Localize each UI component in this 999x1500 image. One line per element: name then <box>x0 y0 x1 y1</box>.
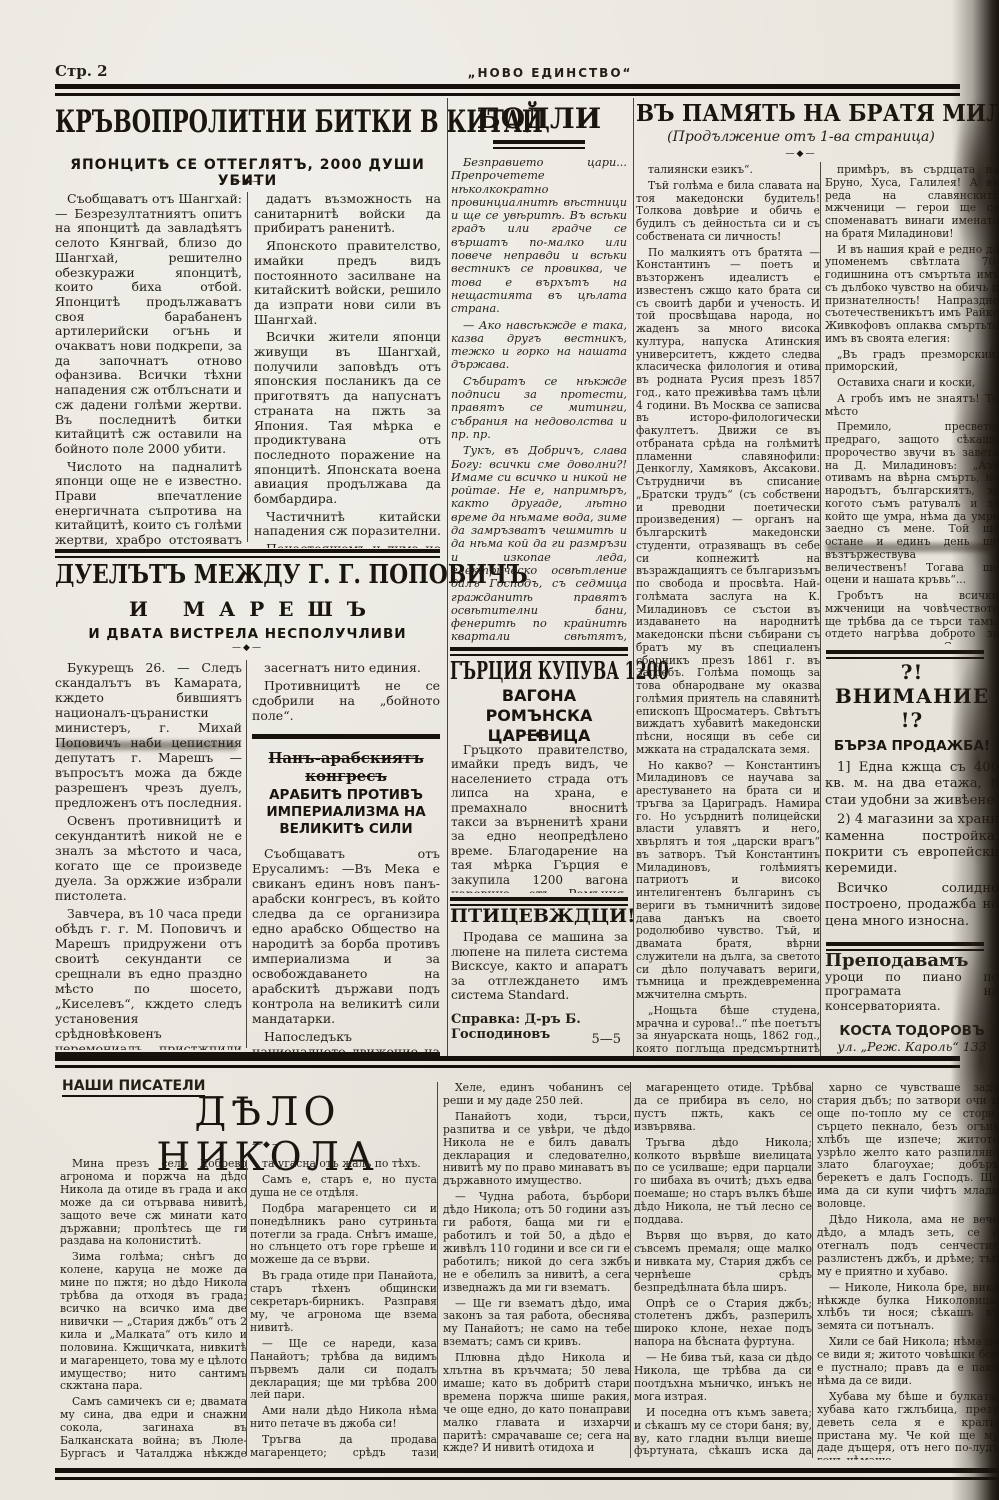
paragraph: Числото на падналитѣ японци още не е изв… <box>55 460 242 548</box>
paragraph: И поседна отъ къмъ завета; и сѣкашъ му с… <box>634 1407 812 1460</box>
paragraph: Тукъ, въ Добричъ, слава Богу: всички сме… <box>451 444 627 644</box>
paragraph: Въ града отиде при Панайота, старъ тѣхен… <box>250 1270 437 1335</box>
paragraph: засегнатъ нито единия. <box>252 660 440 675</box>
poultry-ad-body: Продава се машина за люпене на пилета си… <box>451 930 628 1008</box>
dedo-column-2: та угасна отъ жаль по тѣхъ.Самъ е, старъ… <box>250 1158 437 1460</box>
paragraph: Безправието цари... Препрочетете нѣколко… <box>451 156 627 316</box>
paragraph: „Нощьта бѣше студена, мрачна и сурова!..… <box>636 1005 820 1058</box>
section-rule <box>450 647 628 656</box>
paragraph: Тръгва да продава магаренцето; срѣдъ таз… <box>250 1434 437 1460</box>
poultry-ad-title: ПТИЦЕВЖДЦИ! <box>450 905 628 927</box>
paragraph: Опрѣ се о Стария джбъ; столетенъ джбъ, р… <box>634 1298 812 1350</box>
divider-ornament <box>55 178 440 187</box>
scan-edge-shadow <box>951 0 999 1500</box>
paragraph: — Не бива тъй, каза си дѣдо Никола, ще т… <box>634 1352 812 1404</box>
paragraph: По малкиятъ отъ братята — Константинъ — … <box>636 247 820 757</box>
duel-article-subtitle: И ДВАТА ВИСТРЕЛА НЕСПОЛУЧЛИВИ <box>55 626 440 642</box>
section-rule <box>252 734 440 739</box>
paragraph: дадатъ възможность на санитарнитѣ войски… <box>254 192 441 236</box>
paragraph: магаренцето отиде. Трѣбва да се прибира … <box>634 1082 812 1134</box>
panarab-subtitle: АРАБИТѢ ПРОТИВЪ ИМПЕРИАЛИЗМА НА ВЕЛИКИТѢ… <box>252 787 440 838</box>
paragraph: Освенъ противницитѣ и секундантитѣ никой… <box>55 813 242 903</box>
bodli-title: БОДЛИ <box>450 102 628 135</box>
column-rule <box>447 98 448 1058</box>
miladinovi-column-1: талиянски езикъ“.Тъй голѣма е била слава… <box>636 164 820 1058</box>
paragraph: Плювна дѣдо Никола и хлътна въ кръчмата;… <box>443 1352 630 1455</box>
column-rule <box>437 1082 438 1458</box>
paragraph: Понастоящемъ и дума не става за едно при… <box>254 542 441 548</box>
dedo-column-4: магаренцето отиде. Трѣбва да се прибира … <box>634 1082 812 1460</box>
paragraph: Панайотъ ходи, търси, разпитва и се увѣр… <box>443 1111 630 1188</box>
column-rule <box>820 162 821 1058</box>
paragraph: Зима голѣма; снѣгъ до колене, каруца не … <box>60 1251 247 1393</box>
paragraph: Тръгва дѣдо Никола; колкото вървѣше виел… <box>634 1137 812 1227</box>
greece-article-title: ГЪРЦИЯ КУПУВА 1200 <box>450 656 628 685</box>
paragraph: Завчера, въ 10 часа преди обѣдъ г. г. М.… <box>55 906 242 1050</box>
paragraph: — Ако навсѣкжде е така, казва другъ вест… <box>451 319 627 372</box>
war-article-column-2: дадатъ възможность на санитарнитѣ войски… <box>254 192 441 548</box>
paragraph: — Ще се нареди, каза Панайотъ; трѣбва да… <box>250 1338 437 1403</box>
page-number-label: Стр. 2 <box>55 62 108 80</box>
paragraph: Самъ самичекъ си е; двамата му сина, два… <box>60 1396 247 1460</box>
dedo-column-1: Мина презъ село Добрево агронома и поржч… <box>60 1158 247 1460</box>
newspaper-page: Стр. 2 „НОВО ЕДИНСТВО“ КРЪВОПРОЛИТНИ БИТ… <box>0 0 999 1500</box>
paragraph: Съобщаватъ отъ Шангхай:— Безрезултатният… <box>55 192 242 457</box>
duel-article-title-line2: И МАРЕШЪ <box>55 597 440 621</box>
section-rule <box>55 549 440 558</box>
masthead: „НОВО ЕДИНСТВО“ <box>430 66 670 80</box>
war-article-title: КРЪВОПРОЛИТНИ БИТКИ В КИТАЙ <box>55 104 441 140</box>
title-underline <box>493 140 585 149</box>
divider-ornament <box>450 731 628 740</box>
paragraph: Подбра магаренцето си и понедѣлникъ рано… <box>250 1203 437 1268</box>
bodli-body: Безправието цари... Препрочетете нѣколко… <box>451 156 627 644</box>
paragraph: — Ще ги взематъ дѣдо, има законъ за тая … <box>443 1298 630 1350</box>
divider-ornament <box>55 644 440 653</box>
duel-article-column-1: Букурещъ 26. — Следъ скандалътъ въ Камар… <box>55 660 242 1050</box>
dedo-column-3: Хеле, единъ чобанинъ се реши и му даде 2… <box>443 1082 630 1460</box>
paragraph: Мина презъ село Добрево агронома и поржч… <box>60 1158 247 1248</box>
divider-ornament <box>95 1141 440 1150</box>
paragraph: Букурещъ 26. — Следъ скандалътъ въ Камар… <box>55 660 242 810</box>
greece-article-body: Гръцкото правителство, имайки предъ видъ… <box>451 743 628 893</box>
paragraph: Гръцкото правителство, имайки предъ видъ… <box>451 743 628 893</box>
paragraph: Съобщаватъ отъ Ерусалимъ: —Въ Мека е сви… <box>252 846 440 1026</box>
paragraph: Хеле, единъ чобанинъ се реши и му даде 2… <box>443 1082 630 1108</box>
duel-article-title: ДУЕЛЪТЪ МЕЖДУ Г. Г. ПОПОВИЧЪ <box>55 560 440 590</box>
page-bottom-rule <box>55 1468 999 1480</box>
paragraph: Събиратъ се нѣкжде подписи за протести, … <box>451 375 627 441</box>
paragraph: Самъ е, старъ е, но пуста душа не се отд… <box>250 1174 437 1200</box>
panarab-body: Съобщаватъ отъ Ерусалимъ: —Въ Мека е сви… <box>252 846 440 1052</box>
duel-article-column-2: засегнатъ нито единия.Противницитѣ не се… <box>252 660 440 1052</box>
column-rule <box>247 192 248 542</box>
paragraph: талиянски езикъ“. <box>636 164 820 177</box>
war-article-column-1: Съобщаватъ отъ Шангхай:— Безрезултатният… <box>55 192 242 548</box>
column-rule <box>812 1082 813 1458</box>
paragraph: Всички жители японци живущи въ Шангхай, … <box>254 330 441 506</box>
paragraph: — Чудна работа, бърбори дѣдо Никола; отъ… <box>443 1191 630 1294</box>
ink-smudge <box>58 741 238 750</box>
duel-column-2-text: засегнатъ нито единия.Противницитѣ не се… <box>252 660 440 726</box>
column-rule <box>246 660 247 1048</box>
paragraph: Тъй голѣма е била славата на тоя македон… <box>636 180 820 244</box>
paragraph: та угасна отъ жаль по тѣхъ. <box>250 1158 437 1171</box>
paragraph: Вървя що вървя, до като съвсемъ премаля;… <box>634 1230 812 1295</box>
column-rule <box>630 1082 631 1458</box>
paragraph: Ами нали дѣдо Никола нѣма нито петаче въ… <box>250 1405 437 1431</box>
section-rule <box>55 1056 960 1068</box>
paragraph: Но какво? — Константинъ Миладиновъ се на… <box>636 760 820 1002</box>
header-rule <box>55 84 960 96</box>
paragraph: Напоследъкъ националното движение на ара… <box>252 1029 440 1052</box>
paragraph: Продава се машина за люпене на пилета си… <box>451 930 628 1003</box>
column-rule <box>246 1160 247 1456</box>
paragraph: Японското правителство, имайки предъ вид… <box>254 239 441 327</box>
panarab-title: Панъ-арабскиятъ конгресъ <box>252 749 440 785</box>
poultry-ad-code: 5—5 <box>451 1032 621 1047</box>
paragraph: Противницитѣ не се сдобрили на „бойното … <box>252 678 440 723</box>
paragraph: Частичнитѣ китайски нападения сж поразит… <box>254 510 441 539</box>
